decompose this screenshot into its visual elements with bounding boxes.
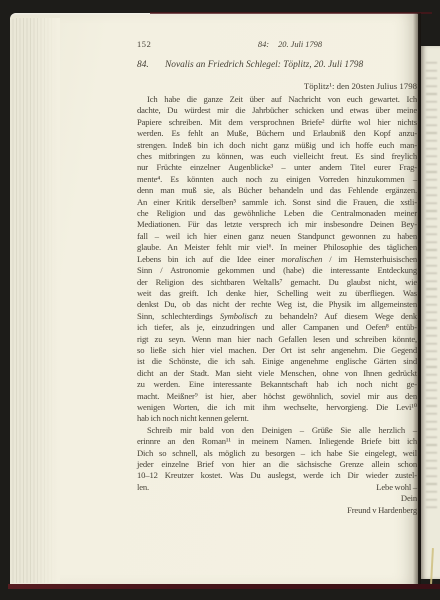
running-head: 84:20. Juli 1798: [137, 40, 417, 49]
dateline: Töplitz¹: den 20sten Julius 1798: [137, 81, 417, 92]
text-line: mente⁴. Es könnten auch noch zu einigen …: [137, 174, 417, 185]
text-line: so ließe sich hier viel machen. Der Ort …: [137, 345, 417, 356]
text-line: che Religion und das gewöhnliche Leben d…: [137, 208, 417, 219]
book-page: 152 84:20. Juli 1798 84. Novalis an Frie…: [10, 13, 418, 585]
text-line: An einer Kritik derselben⁵ sammle ich. S…: [137, 197, 417, 208]
text-line: len.Lebe wohl –: [137, 482, 417, 493]
cover-bottom-edge: [8, 584, 440, 589]
facing-page: [421, 46, 440, 579]
text-line: macht. Meißner⁹ ist hier, aber höchst ge…: [137, 391, 417, 402]
stacked-page-edges: [10, 18, 60, 583]
text-line: Ich habe die ganze Zeit über auf Nachric…: [137, 94, 417, 105]
letter-number: 84.: [137, 60, 165, 70]
text-line: Sinn / Astronomie gekommen und (habe) di…: [137, 265, 417, 276]
text-line: rigt zu seyn. Wenn man hier nach Gefalle…: [137, 334, 417, 345]
facing-page-ghost-text: [426, 62, 437, 512]
text-line: Dich so schnell, als möglich zu besorgen…: [137, 448, 417, 459]
text-line: ist die Schönste, die ich sah. Einige an…: [137, 356, 417, 367]
text-line: wenigen Worten, die ich mit ihm wechselt…: [137, 402, 417, 413]
text-line: Mediationen. Für das letzte versprech ic…: [137, 219, 417, 230]
text-line: glaube. An Meister fehlt mir viel⁶. In m…: [137, 242, 417, 253]
text-line: dachte, Du würdest mir die Jahrbücher sc…: [137, 105, 417, 116]
text-line: Freund v Hardenberg: [137, 505, 417, 516]
text-line: Papiere schreiben. Mit dem versprochnen …: [137, 117, 417, 128]
text-line: ches mitbringen zu können, was euch viel…: [137, 151, 417, 162]
text-line: zu werden. Eine interessante Bekanntscha…: [137, 379, 417, 390]
letter-heading: 84. Novalis an Friedrich Schlegel: Töpli…: [137, 60, 417, 70]
text-line: hab ich noch nicht kennen gelernt.: [137, 413, 417, 424]
page-number: 152: [137, 40, 151, 49]
text-line: Dein: [137, 493, 417, 504]
text-line: nur Früchte einzelner Augenblicke³ – unt…: [137, 162, 417, 173]
book-photo-background: 152 84:20. Juli 1798 84. Novalis an Frie…: [0, 0, 440, 600]
running-head-date: 20. Juli 1798: [278, 40, 322, 49]
running-head-number: 84:: [258, 40, 269, 49]
text-line: denn man muß sie, als Bücher behandeln u…: [137, 185, 417, 196]
page-header: 152 84:20. Juli 1798: [137, 40, 417, 51]
letter-body: Ich habe die ganze Zeit über auf Nachric…: [137, 94, 417, 516]
text-line: fall – weil ich hier einen ganz neuen St…: [137, 231, 417, 242]
text-line: Lebens bin ich auf die Idee einer morali…: [137, 254, 417, 265]
letter-title: Novalis an Friedrich Schlegel: Töplitz, …: [165, 60, 363, 70]
text-line: strengen. Indeß bin ich doch nicht ganz …: [137, 140, 417, 151]
text-line: jeder einzelne Brief von hier an die säc…: [137, 459, 417, 470]
text-line: dicht an der Stadt. Man sieht viele Mens…: [137, 368, 417, 379]
text-line: ich tiefer, als je, einzudringen und all…: [137, 322, 417, 333]
text-line: weit das greift. Ich denke hier, Schelli…: [137, 288, 417, 299]
text-line: Schreib mir bald von den Deinigen – Grüß…: [137, 425, 417, 436]
text-line: denkst Du, ob das nicht der rechte Weg i…: [137, 299, 417, 310]
cover-top-edge: [150, 12, 432, 14]
text-line: Sinn, schlechterdings Symbolisch zu beha…: [137, 311, 417, 322]
text-line: werden. Es fehlt an Muße, Büchern und Er…: [137, 128, 417, 139]
text-line: der Religion des sichtbaren Weltalls⁷ ge…: [137, 277, 417, 288]
text-column: 152 84:20. Juli 1798 84. Novalis an Frie…: [137, 40, 417, 516]
gutter-shadow: [413, 13, 421, 585]
text-line: 10–12 Kreutzer kostet. Was Du auslegst, …: [137, 470, 417, 481]
text-line: erinnre an den Roman¹¹ in meinem Namen. …: [137, 436, 417, 447]
